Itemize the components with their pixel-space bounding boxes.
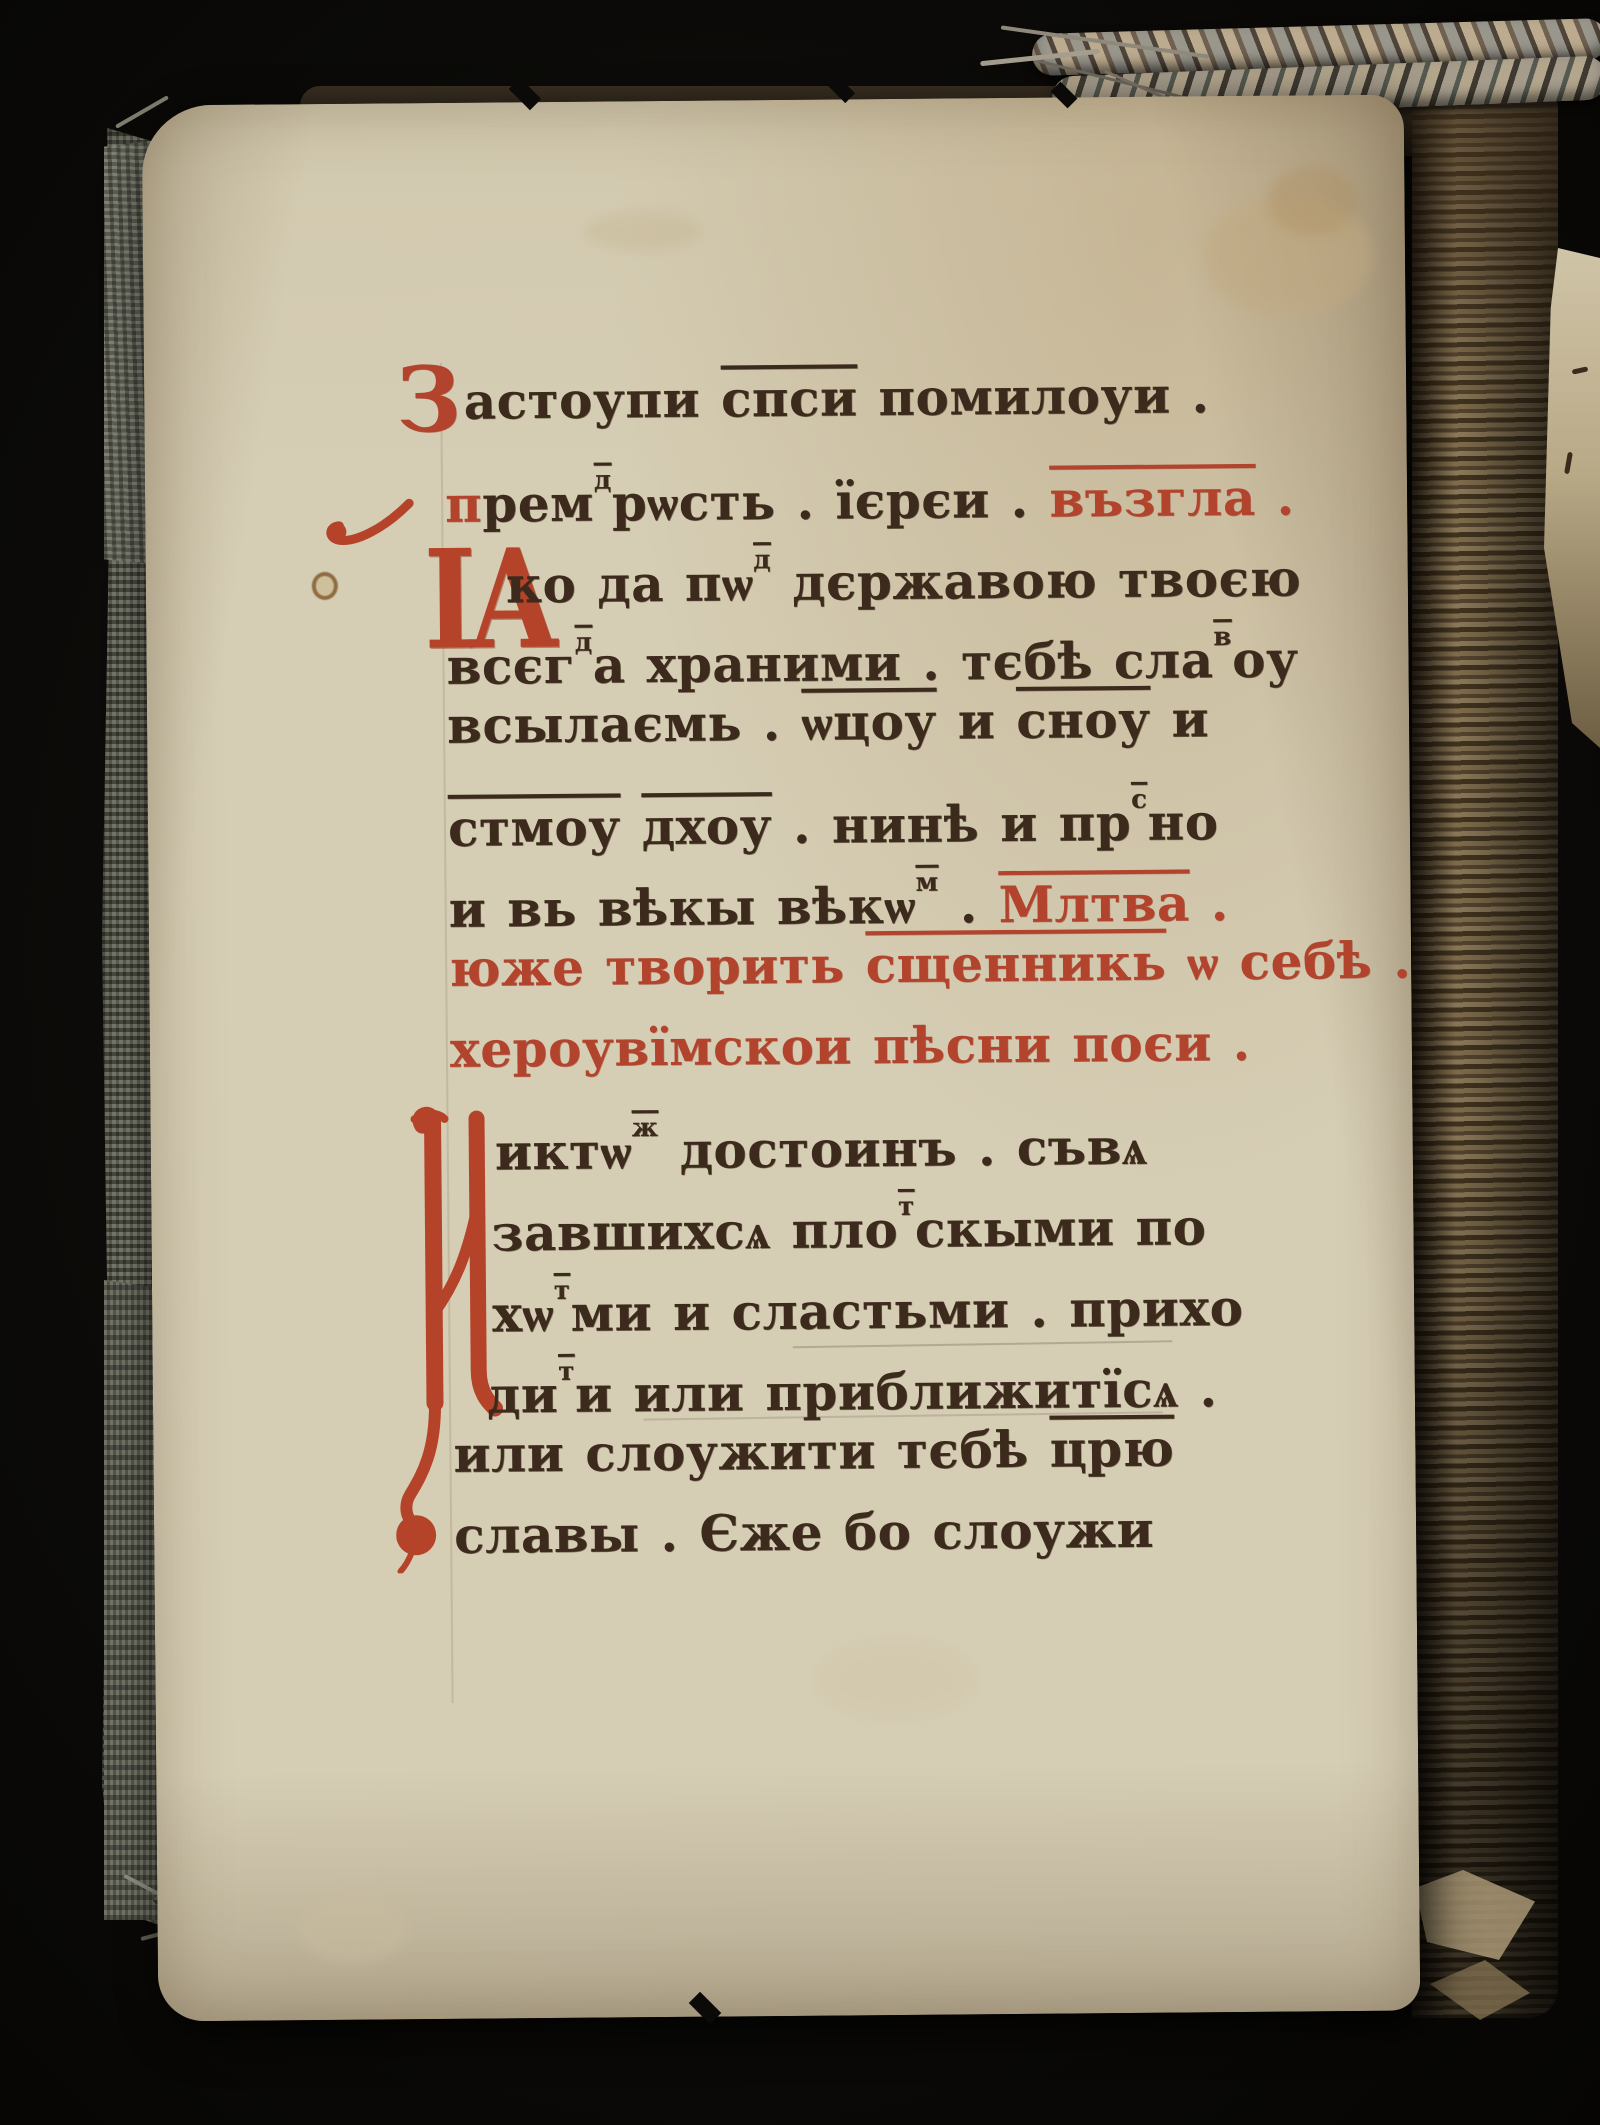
text-line: или слоужити тєбѣ црю xyxy=(453,1406,1374,1495)
text-segment: сщенникь xyxy=(865,933,1166,995)
text-segment: т xyxy=(558,1357,575,1387)
text-segment: ѡ себѣ . xyxy=(1166,930,1411,991)
text-segment: помилоуи . xyxy=(857,365,1209,427)
text-segment: юже творить xyxy=(449,935,866,998)
text-segment: оу xyxy=(1232,629,1299,689)
text-line: хѡтми и сластьми . прихо xyxy=(452,1244,1373,1333)
text-line: славы . Єже бо слоужи xyxy=(454,1487,1375,1576)
text-line: юже творить сщенникь ѡ себѣ . xyxy=(449,920,1370,1009)
stain xyxy=(583,211,703,252)
manuscript-page: ІА Застоупи спси помилоуи .премдрѡсть . … xyxy=(142,95,1421,2022)
text-segment: д xyxy=(594,465,612,495)
text-line: премдрѡсть . їєрєи . възгла . xyxy=(445,434,1366,523)
text-segment: т xyxy=(898,1192,915,1222)
text-segment: славы . Єже бо слоужи xyxy=(454,1500,1154,1565)
initial-flourish xyxy=(323,495,424,566)
text-segment: црю xyxy=(1049,1419,1174,1479)
stain xyxy=(815,1638,976,1719)
text-line: всєгда храними . тєбѣ славоу xyxy=(446,596,1367,685)
text-segment: хероувїмскои пѣсни поєи . xyxy=(450,1013,1251,1079)
text-segment: п xyxy=(445,475,483,534)
text-segment: сноу xyxy=(1016,690,1151,750)
fore-edge-pages xyxy=(1412,82,1558,2018)
text-segment: ж xyxy=(632,1113,659,1143)
text-line: завшихсѧ плотскыми по xyxy=(451,1163,1372,1252)
text-segment: астоупи xyxy=(463,370,721,431)
text-line: и вь вѣкы вѣкѡм . Млтва . xyxy=(448,839,1369,928)
ink-ring-mark xyxy=(312,572,338,600)
text-segment: в xyxy=(1213,622,1232,652)
text-segment: спси xyxy=(721,368,858,428)
text-segment: д xyxy=(753,545,771,575)
text-segment: м xyxy=(915,868,938,898)
text-line: Застоупи спси помилоуи . xyxy=(396,353,1365,442)
manuscript-text: Застоупи спси помилоуи .премдрѡсть . їєр… xyxy=(444,353,1375,1576)
text-segment: всылаємь . xyxy=(447,693,802,755)
text-segment: З xyxy=(396,347,462,454)
text-line: дити или приближитїсѧ . xyxy=(452,1325,1373,1414)
text-line: хероувїмскои пѣсни поєи . xyxy=(450,1001,1371,1090)
photo-stage: ІА Застоупи спси помилоуи .премдрѡсть . … xyxy=(0,0,1600,2125)
text-segment: и xyxy=(937,691,1017,751)
cloth-fray xyxy=(115,95,169,128)
text-segment: с xyxy=(1131,785,1148,815)
text-segment: и xyxy=(1150,689,1209,749)
text-line: иктѡж достоинъ . съвѧ xyxy=(450,1082,1371,1171)
text-segment: д xyxy=(575,628,593,658)
stain xyxy=(297,1893,408,1964)
text-line: ко да пѡд дєржавою твоєю xyxy=(445,515,1366,604)
text-segment: ѡцоу xyxy=(801,692,937,752)
text-line: стмоу дхоу . нинѣ и прсно xyxy=(447,758,1368,847)
text-line: всылаємь . ѡцоу и сноу и xyxy=(447,677,1368,766)
text-segment: т xyxy=(554,1276,571,1306)
text-segment: или слоужити тєбѣ xyxy=(453,1420,1050,1484)
